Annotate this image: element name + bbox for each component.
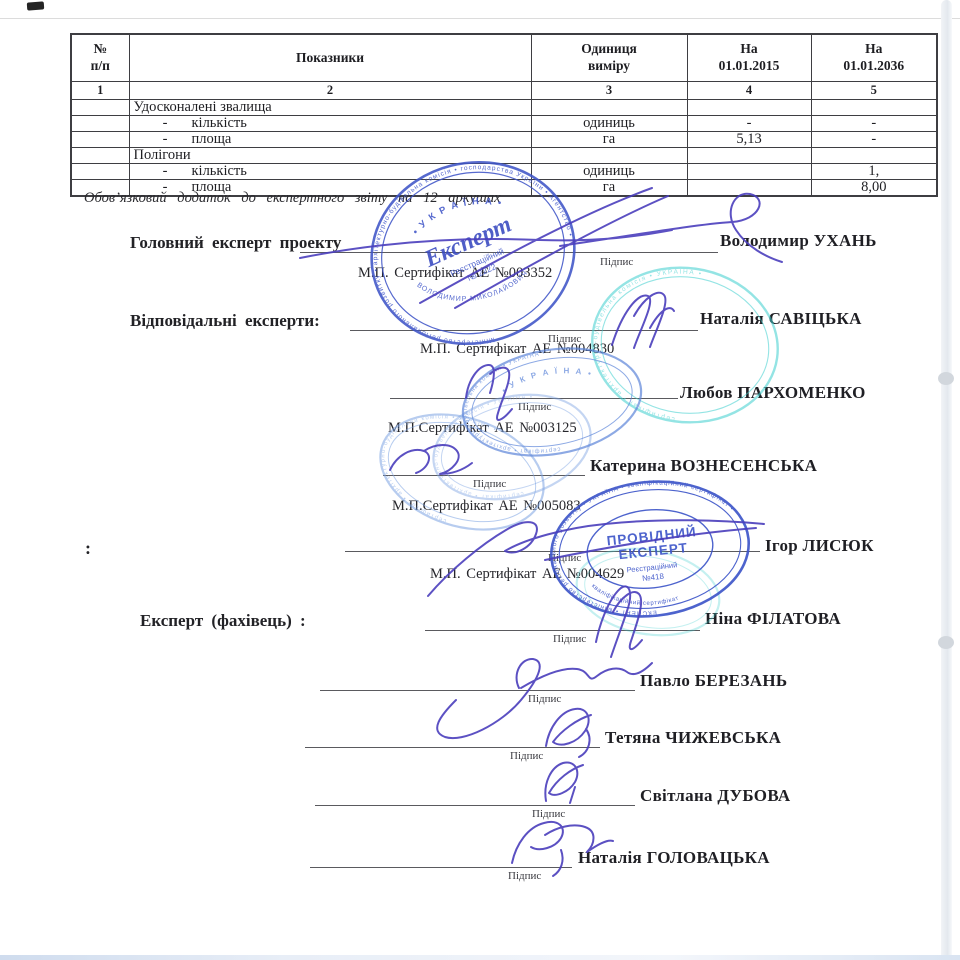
scan-edge-line xyxy=(0,18,960,19)
cell-2036: - xyxy=(811,116,937,132)
stray-colon: : xyxy=(85,538,91,559)
cell-2015 xyxy=(687,148,811,164)
stamp-leading-regnum: №418 xyxy=(642,572,665,583)
col-header-unit: Одиниця виміру xyxy=(531,34,687,82)
stamp-light-blue-2: сертифікат • архітектурно-будівельна ком… xyxy=(422,379,602,515)
signature-ink-voznesenska xyxy=(390,445,472,474)
table-row: -кількість одиниць 1, xyxy=(71,164,937,180)
cell-num xyxy=(71,100,129,116)
podpis-label: Підпис xyxy=(532,808,565,820)
podpis-label: Підпис xyxy=(548,552,581,564)
signature-line xyxy=(315,804,635,806)
colnum: 5 xyxy=(811,82,937,100)
cell-2015 xyxy=(687,100,811,116)
signature-ink-savitska xyxy=(612,293,674,348)
stamp-expert-title: Експерт xyxy=(420,211,516,273)
expert-name-filatova: Ніна ФІЛАТОВА xyxy=(705,609,841,629)
expert-name-voznesenska: Катерина ВОЗНЕСЕНСЬКА xyxy=(590,456,817,476)
cell-unit: одиниць xyxy=(531,116,687,132)
colnum: 3 xyxy=(531,82,687,100)
stamp-leading-reg: Реєстраційний xyxy=(626,560,678,574)
podpis-label: Підпис xyxy=(553,633,586,645)
podpis-label: Підпис xyxy=(518,401,551,413)
cert-label: М.П.Сертифікат АЕ №005083 xyxy=(392,498,581,515)
cell-indicator: Полігони xyxy=(129,148,531,164)
podpis-label: Підпис xyxy=(508,870,541,882)
signature-line xyxy=(425,629,700,631)
stamp-leading-line1: ПРОВІДНИЙ xyxy=(606,524,697,548)
podpis-label: Підпис xyxy=(473,478,506,490)
stamp-leading-expert: ЕКСПЕРТ • Міністерство регіонального роз… xyxy=(543,470,755,626)
signature-ink-lysiuk xyxy=(428,520,764,596)
indicator-label: площа xyxy=(192,132,232,148)
cert-label: М.П. Сертифікат АЕ №004629 xyxy=(430,566,624,583)
colnum: 4 xyxy=(687,82,811,100)
page-bottom-edge xyxy=(0,955,960,960)
signature-ink-parkhomenko xyxy=(466,365,512,420)
cell-2015: - xyxy=(687,116,811,132)
cell-indicator: -площа xyxy=(129,132,531,148)
cell-2015 xyxy=(687,164,811,180)
signature-line xyxy=(320,689,635,691)
cell-unit: одиниць xyxy=(531,164,687,180)
col-header-2036: На 01.01.2036 xyxy=(811,34,937,82)
cell-num xyxy=(71,148,129,164)
cell-indicator: -кількість xyxy=(129,116,531,132)
signature-ink-dubova xyxy=(545,762,583,803)
cell-2015 xyxy=(687,180,811,197)
bullet-dash: - xyxy=(134,116,192,131)
colnum: 2 xyxy=(129,82,531,100)
cell-unit xyxy=(531,148,687,164)
podpis-label: Підпис xyxy=(528,693,561,705)
table-row: Удосконалені звалища xyxy=(71,100,937,116)
cell-unit: га xyxy=(531,132,687,148)
col-header-2015: На 01.01.2015 xyxy=(687,34,811,82)
bullet-dash: - xyxy=(134,164,192,179)
signature-line xyxy=(300,251,718,253)
role-label-expert-specialist: Експерт (фахівець) : xyxy=(140,611,306,631)
cell-2036: 1, xyxy=(811,164,937,180)
page-edge-bump xyxy=(938,636,954,649)
cert-label: М.П. Сертифікат АЕ №004830 xyxy=(420,341,614,358)
expert-name-ukhan: Володимир УХАНЬ xyxy=(720,231,877,251)
indicator-label: кількість xyxy=(192,116,247,132)
indicator-label: кількість xyxy=(192,164,247,180)
podpis-label: Підпис xyxy=(510,750,543,762)
cert-label: М.П. Сертифікат АЕ №003352 xyxy=(358,265,552,282)
scanned-document: { "caption": "Обов’язковий додаток до ек… xyxy=(0,0,960,960)
cell-2036 xyxy=(811,100,937,116)
cell-indicator: -кількість xyxy=(129,164,531,180)
cell-num xyxy=(71,116,129,132)
signature-line xyxy=(305,746,600,748)
cell-2036 xyxy=(811,148,937,164)
cert-label: М.П.Сертифікат АЕ №003125 xyxy=(388,420,577,437)
appendix-note: Обов’язковий додаток до експертного звіт… xyxy=(84,190,501,207)
signature-line xyxy=(383,474,585,476)
table-row: -кількість одиниць - - xyxy=(71,116,937,132)
stamp-light-blue-1: сертифікат • архітектурно-будівельна ком… xyxy=(365,394,558,550)
table-row: -площа га 5,13 - xyxy=(71,132,937,148)
expert-name-holovatska: Наталія ГОЛОВАЦЬКА xyxy=(578,848,770,868)
page-right-edge xyxy=(941,0,952,960)
cell-2015: 5,13 xyxy=(687,132,811,148)
cell-num xyxy=(71,164,129,180)
cell-2036: 8,00 xyxy=(811,180,937,197)
indicators-table: № п/п Показники Одиниця виміру На 01.01.… xyxy=(70,33,938,197)
expert-name-dubova: Світлана ДУБОВА xyxy=(640,786,790,806)
role-label-chief-expert: Головний експерт проекту xyxy=(130,233,341,253)
col-header-indicators: Показники xyxy=(129,34,531,82)
cell-num xyxy=(71,132,129,148)
svg-text:• У К Р А Ї Н А •: • У К Р А Ї Н А • xyxy=(498,360,596,396)
col-header-num: № п/п xyxy=(71,34,129,82)
bullet-dash: - xyxy=(134,132,192,147)
signature-line xyxy=(310,866,572,868)
expert-name-chyzhevska: Тетяна ЧИЖЕВСЬКА xyxy=(605,728,781,748)
signature-ink-filatova xyxy=(596,586,642,657)
cell-unit: га xyxy=(531,180,687,197)
signature-line xyxy=(390,397,678,399)
colnum: 1 xyxy=(71,82,129,100)
expert-name-parkhomenko: Любов ПАРХОМЕНКО xyxy=(680,383,866,403)
expert-name-savitska: Наталія САВІЦЬКА xyxy=(700,309,862,329)
expert-name-berezan: Павло БЕРЕЗАНЬ xyxy=(640,671,787,691)
table-row: Полігони xyxy=(71,148,937,164)
table-colnum-row: 1 2 3 4 5 xyxy=(71,82,937,100)
cell-2036: - xyxy=(811,132,937,148)
page-edge-bump xyxy=(938,372,954,385)
podpis-label: Підпис xyxy=(600,256,633,268)
expert-name-lysiuk: Ігор ЛИСЮК xyxy=(765,536,874,556)
signature-line xyxy=(350,329,698,331)
svg-text:ЕКСПЕРТ • Міністерство регіона: ЕКСПЕРТ • Міністерство регіонального роз… xyxy=(543,471,745,626)
cell-unit xyxy=(531,100,687,116)
role-label-responsible-experts: Відповідальні експерти: xyxy=(130,311,320,331)
scan-artifact-top-left xyxy=(27,1,45,10)
table-header-row: № п/п Показники Одиниця виміру На 01.01.… xyxy=(71,34,937,82)
cell-indicator: Удосконалені звалища xyxy=(129,100,531,116)
signature-ink-chyzhevska xyxy=(546,709,591,757)
